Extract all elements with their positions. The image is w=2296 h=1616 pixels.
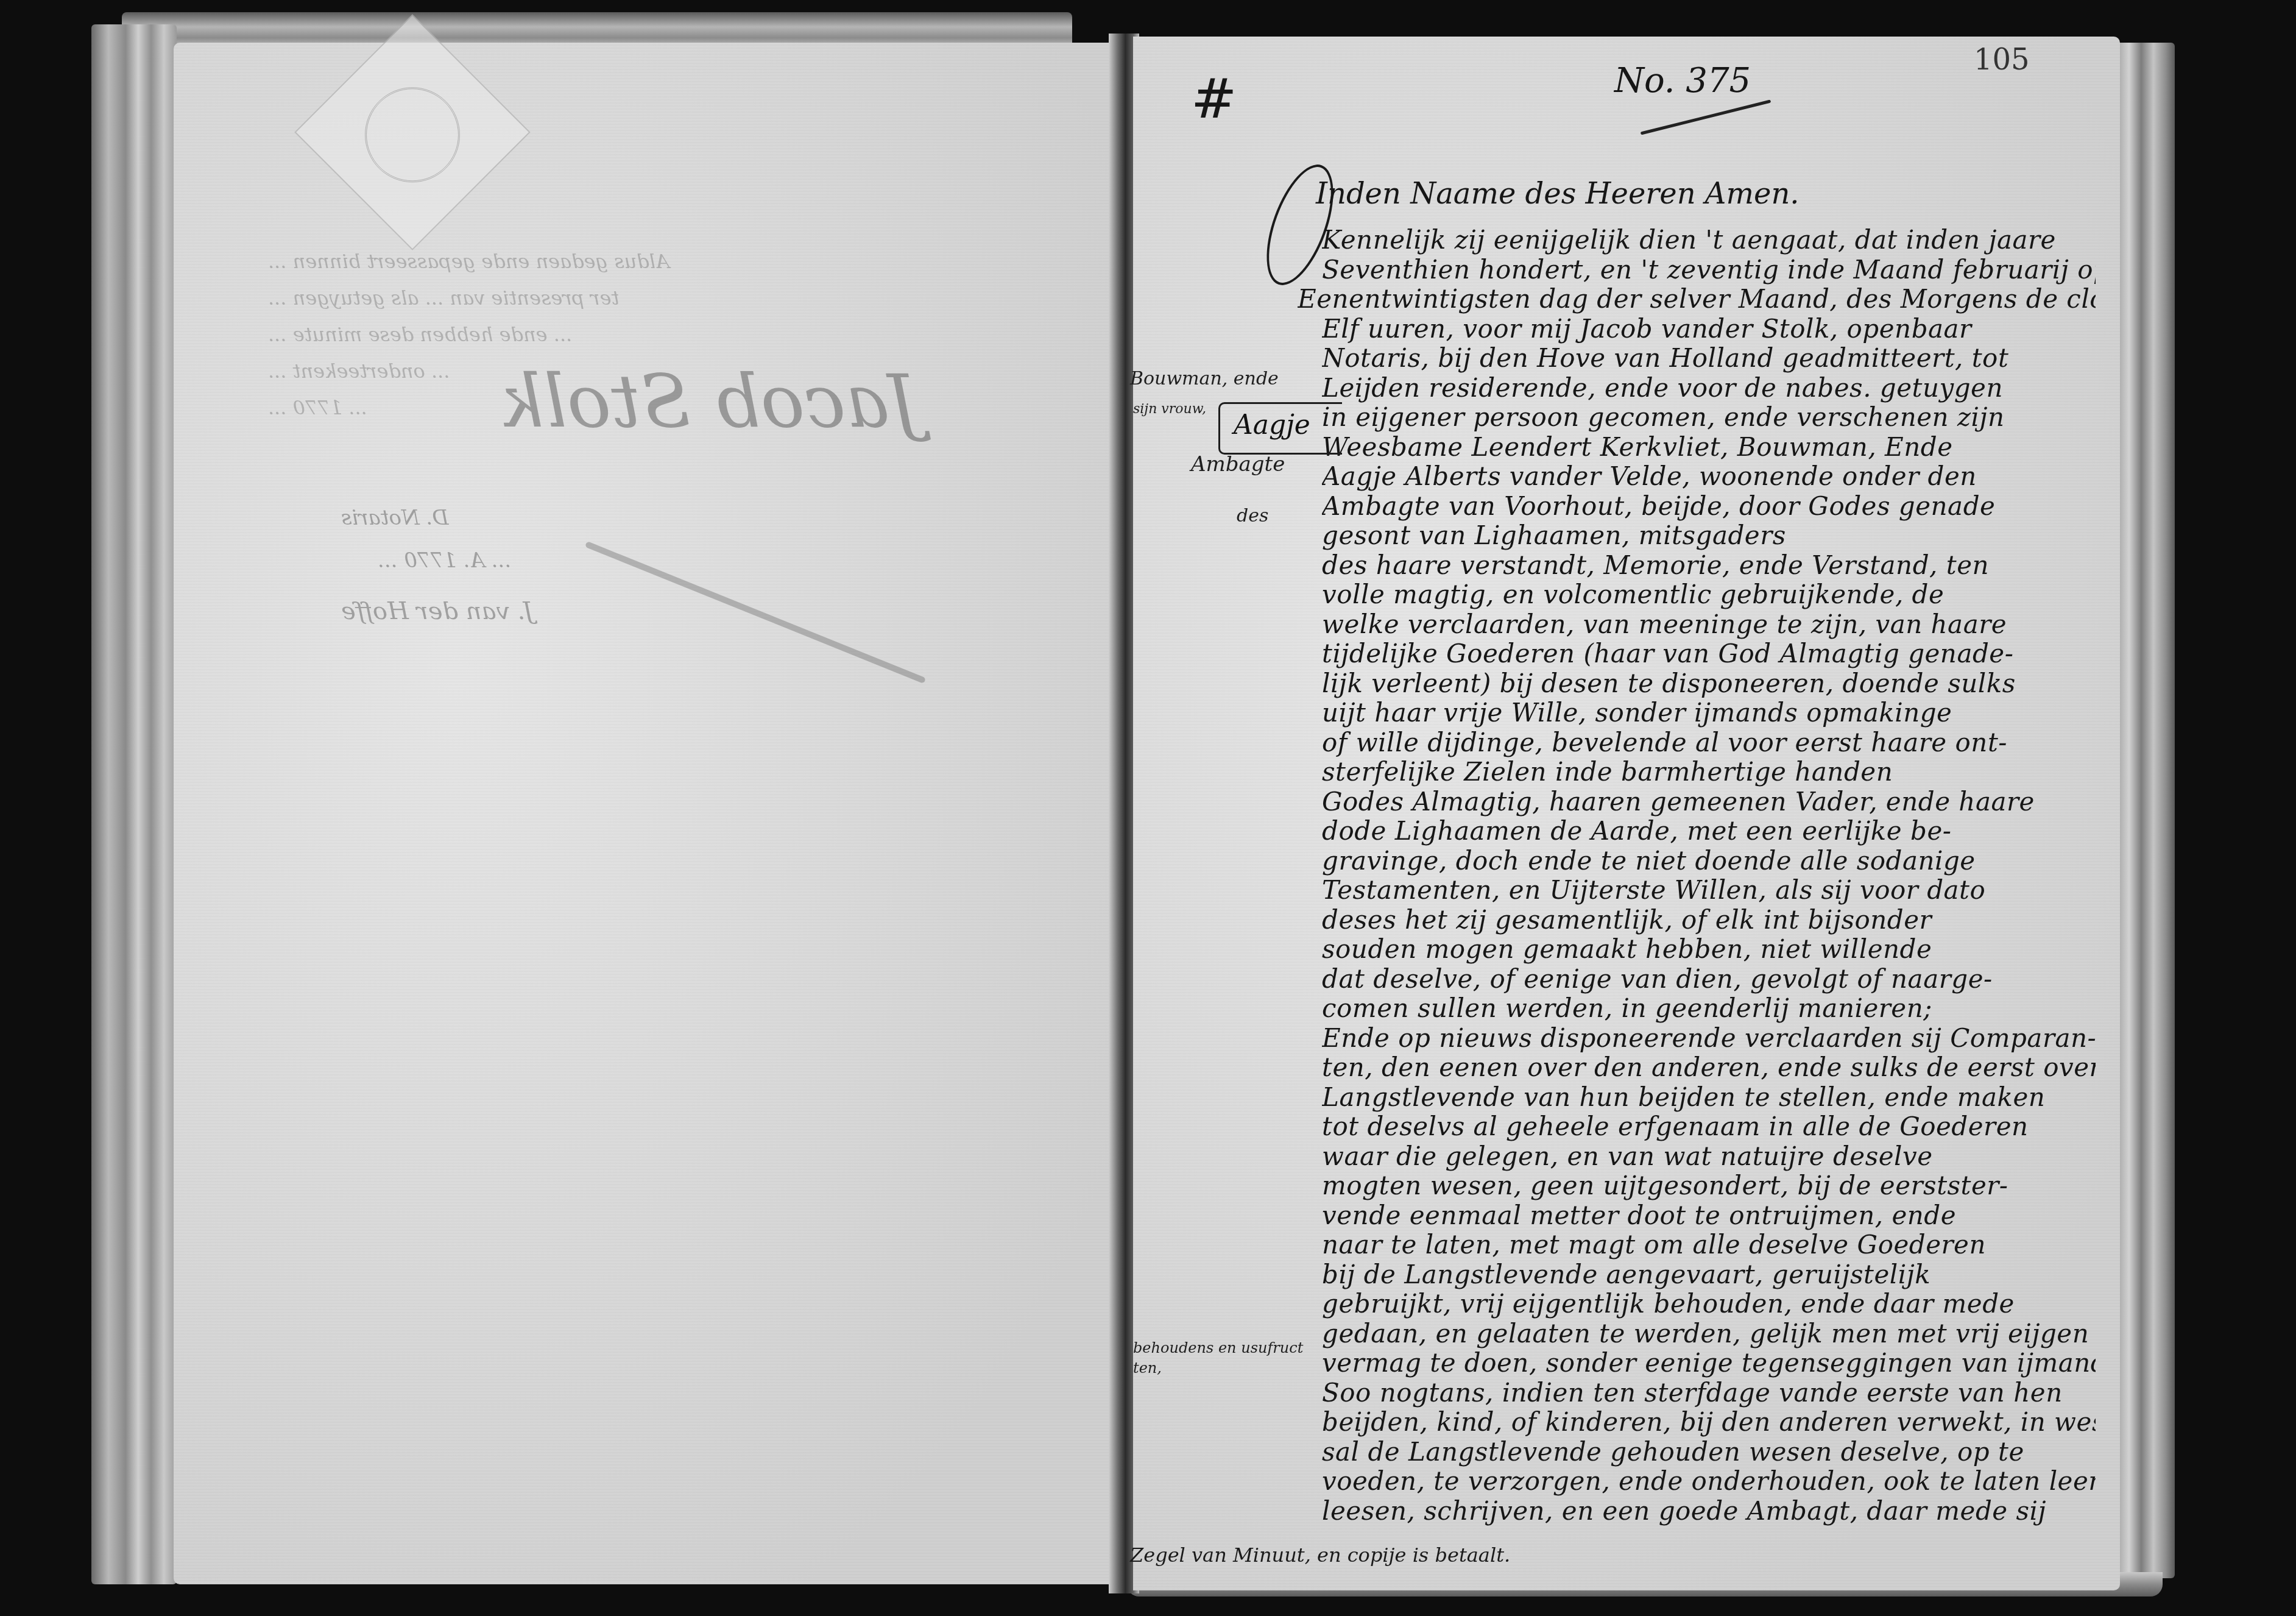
boxed-name: Aagje bbox=[1234, 409, 1310, 441]
text-line: vermag te doen, sonder eenige tegenseggi… bbox=[1322, 1348, 2096, 1378]
text-line: gravinge, doch ende te niet doende alle … bbox=[1322, 846, 2096, 876]
text-line: Ambagte van Voorhout, beijde, door Godes… bbox=[1322, 492, 2096, 522]
text-line: mogten wesen, geen uijtgesondert, bij de… bbox=[1322, 1171, 2096, 1201]
text-line: welke verclaarden, van meeninge te zijn,… bbox=[1322, 610, 2096, 640]
text-line: ten, den eenen over den anderen, ende su… bbox=[1322, 1053, 2096, 1083]
text-line: Eenentwintigsten dag der selver Maand, d… bbox=[1298, 285, 2096, 314]
folio-number: 105 bbox=[1974, 43, 2030, 77]
margin-note: sijn vrouw, bbox=[1133, 399, 1206, 420]
coat-of-arms-icon bbox=[365, 87, 460, 182]
text-line: tot deselvs al geheele erfgenaam in alle… bbox=[1322, 1112, 2096, 1142]
text-line: Kennelijk zij eenijgelijk dien 't aengaa… bbox=[1322, 225, 2096, 255]
text-line: volle magtig, en volcomentlic gebruijken… bbox=[1322, 580, 2096, 610]
text-line: Seventhien hondert, en 't zeventig inde … bbox=[1322, 255, 2096, 285]
text-line: Notaris, bij den Hove van Holland geadmi… bbox=[1322, 344, 2096, 374]
hash-mark: # bbox=[1191, 67, 1237, 131]
text-line: uijt haar vrije Wille, sonder ijmands op… bbox=[1322, 698, 2096, 728]
invocation-heading: Inden Naame des Heeren Amen. bbox=[1316, 177, 1800, 211]
text-line: tijdelijke Goederen (haar van God Almagt… bbox=[1322, 639, 2096, 669]
mirrored-annotation: ... A. 1770 ... bbox=[378, 548, 511, 573]
bleed-through-line: ... ende hebben dese minute ... bbox=[268, 323, 572, 346]
stamp-duty-note: Zegel van Minuut, en copije is betaalt. bbox=[1130, 1543, 1510, 1567]
bleed-through-line: ... 1770 ... bbox=[268, 396, 367, 419]
text-line: voeden, te verzorgen, ende onderhouden, … bbox=[1322, 1467, 2096, 1497]
text-line: Soo nogtans, indien ten sterfdage vande … bbox=[1322, 1378, 2096, 1408]
text-line: vende eenmaal metter doot te ontruijmen,… bbox=[1322, 1201, 2096, 1231]
text-line: comen sullen werden, in geenderlij manie… bbox=[1322, 994, 2096, 1024]
text-line: naar te laten, met magt om alle deselve … bbox=[1322, 1230, 2096, 1260]
text-line: Elf uuren, voor mij Jacob vander Stolk, … bbox=[1322, 314, 2096, 344]
text-line: sterfelijke Zielen inde barmhertige hand… bbox=[1322, 757, 2096, 787]
margin-note: ten, bbox=[1133, 1358, 1162, 1378]
text-line: Weesbame Leendert Kerkvliet, Bouwman, En… bbox=[1322, 433, 2096, 462]
text-line: lijk verleent) bij desen te disponeeren,… bbox=[1322, 669, 2096, 699]
text-line: Leijden residerende, ende voor de nabes.… bbox=[1322, 374, 2096, 403]
text-line: Ende op nieuws disponeerende verclaarden… bbox=[1322, 1024, 2096, 1054]
mirrored-signature: Jacob Stolk bbox=[500, 360, 919, 444]
page-stack-left-edge bbox=[91, 24, 177, 1584]
text-line: Aagje Alberts vander Velde, woonende ond… bbox=[1322, 462, 2096, 492]
text-line: gedaan, en gelaaten te werden, gelijk me… bbox=[1322, 1319, 2096, 1349]
bleed-through-line: ter presentie van ... als getuygen ... bbox=[268, 286, 619, 310]
text-line: Langstlevende van hun beijden te stellen… bbox=[1322, 1083, 2096, 1113]
bleed-through-line: Aldus gedaen ende gepasseert binnen ... bbox=[268, 250, 669, 273]
text-line: bij de Langstlevende aengevaart, geruijs… bbox=[1322, 1260, 2096, 1290]
text-line: dat deselve, of eenige van dien, gevolgt… bbox=[1322, 965, 2096, 994]
text-line: sal de Langstlevende gehouden wesen dese… bbox=[1322, 1437, 2096, 1467]
text-line: Testamenten, en Uijterste Willen, als si… bbox=[1322, 876, 2096, 905]
document-number: No. 375 bbox=[1614, 61, 1751, 101]
margin-note: Bouwman, ende bbox=[1130, 369, 1279, 389]
text-line: deses het zij gesamentlijk, of elk int b… bbox=[1322, 905, 2096, 935]
testament-body: Kennelijk zij eenijgelijk dien 't aengaa… bbox=[1322, 225, 2096, 1526]
page-stack-right-edge bbox=[2114, 43, 2175, 1578]
text-line: in eijgener persoon gecomen, ende versch… bbox=[1322, 403, 2096, 433]
text-line: beijden, kind, of kinderen, bij den ande… bbox=[1322, 1408, 2096, 1437]
margin-note: des bbox=[1237, 506, 1268, 526]
margin-note: Ambagte bbox=[1191, 454, 1285, 475]
text-line: souden mogen gemaakt hebben, niet willen… bbox=[1322, 935, 2096, 965]
text-line: waar die gelegen, en van wat natuijre de… bbox=[1322, 1142, 2096, 1172]
margin-note: behoudens en usufruct bbox=[1133, 1338, 1303, 1358]
mirrored-annotation: J. van der Hoffe bbox=[341, 597, 533, 625]
text-line: gebruijkt, vrij eijgentlijk behouden, en… bbox=[1322, 1289, 2096, 1319]
mirrored-annotation: D. Notaris bbox=[341, 506, 448, 530]
text-line: leesen, schrijven, en een goede Ambagt, … bbox=[1322, 1497, 2096, 1526]
text-line: of wille dijdinge, bevelende al voor eer… bbox=[1322, 728, 2096, 758]
text-line: dode Lighaamen de Aarde, met een eerlijk… bbox=[1322, 817, 2096, 846]
text-line: des haare verstandt, Memorie, ende Verst… bbox=[1322, 551, 2096, 581]
text-line: Godes Almagtig, haaren gemeenen Vader, e… bbox=[1322, 787, 2096, 817]
bleed-through-line: ... onderteekent ... bbox=[268, 360, 450, 383]
left-page bbox=[174, 43, 1115, 1584]
text-line: gesont van Lighaamen, mitsgaders bbox=[1322, 521, 2096, 551]
